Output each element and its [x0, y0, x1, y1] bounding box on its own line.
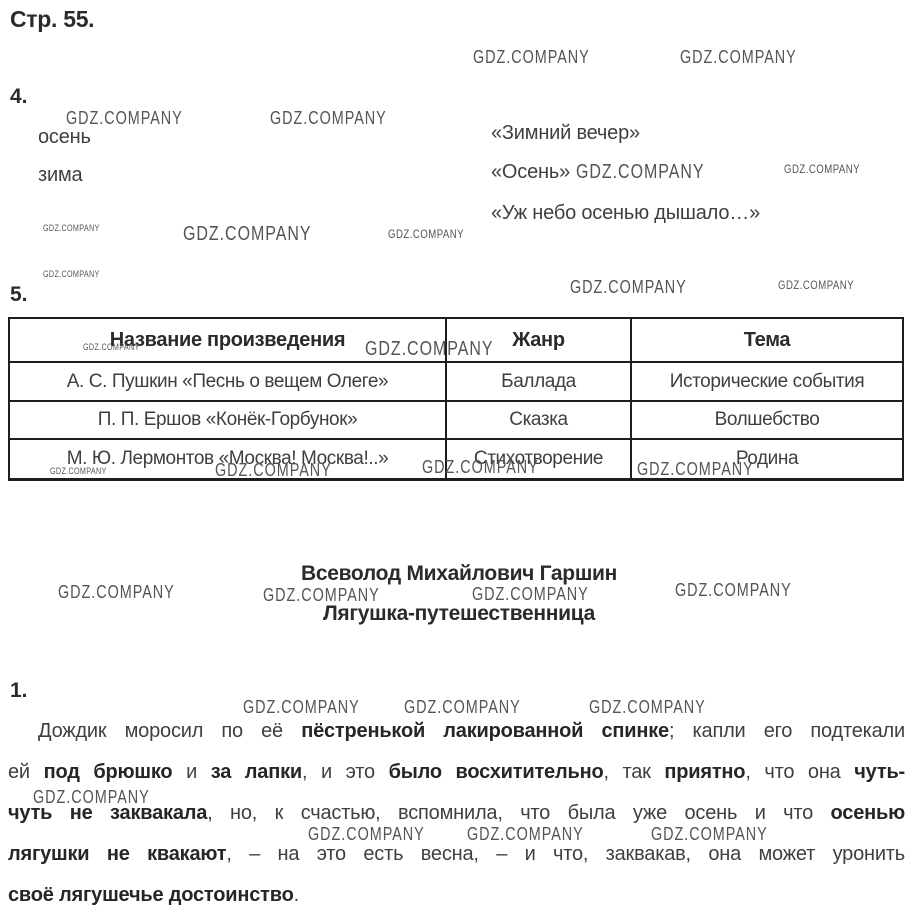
table-cell-theme: Исторические события — [631, 362, 903, 401]
watermark-text: GDZ.COMPANY — [675, 580, 792, 601]
watermark-text: GDZ.COMPANY — [270, 108, 387, 129]
text-segment: пёстренькой лакированной спинке — [301, 720, 669, 742]
section4-label: 4. — [10, 85, 28, 109]
watermark-text: GDZ.COMPANY — [680, 47, 797, 68]
watermark-text: GDZ.COMPANY — [637, 459, 754, 480]
table-cell-genre: Баллада — [446, 362, 631, 401]
text-segment: чуть- — [854, 761, 905, 783]
watermark-text: GDZ.COMPANY — [43, 269, 100, 279]
watermark-text: GDZ.COMPANY — [404, 697, 521, 718]
table-row: П. П. Ершов «Конёк-Горбунок» Сказка Волш… — [9, 401, 903, 439]
watermark-text: GDZ.COMPANY — [473, 47, 590, 68]
match-left-item: зима — [38, 164, 82, 187]
text-segment: своё лягушечье достоинство — [8, 884, 294, 906]
watermark-text: GDZ.COMPANY — [215, 460, 332, 481]
watermark-text: GDZ.COMPANY — [308, 824, 425, 845]
match-right-item: «Зимний вечер» — [491, 122, 640, 145]
text-segment: под брюшко — [44, 761, 173, 783]
story-title: Лягушка-путешественница — [0, 602, 918, 626]
table-cell-theme: Волшебство — [631, 401, 903, 439]
watermark-text: GDZ.COMPANY — [651, 824, 768, 845]
text-segment: , так — [603, 761, 664, 783]
section1-label: 1. — [10, 679, 28, 703]
text-segment: за лапки — [211, 761, 302, 783]
table-cell-title: П. П. Ершов «Конёк-Горбунок» — [9, 401, 446, 439]
text-segment: лягушки не квакают — [8, 843, 226, 865]
text-segment: , и это — [302, 761, 389, 783]
text-segment: Дождик моросил по её — [38, 720, 301, 742]
section5-label: 5. — [10, 283, 28, 307]
text-segment: , – на это есть весна, – и что, заквакав… — [226, 843, 905, 865]
watermark-text: GDZ.COMPANY — [365, 338, 494, 361]
table-header-theme: Тема — [631, 318, 903, 362]
page-title: Стр. 55. — [10, 6, 94, 33]
match-right-item: «Уж небо осенью дышало…» — [491, 202, 760, 225]
watermark-text: GDZ.COMPANY — [183, 223, 312, 246]
watermark-text: GDZ.COMPANY — [58, 582, 175, 603]
answer-paragraph: Дождик моросил по её пёстренькой лакиров… — [8, 711, 905, 916]
watermark-text: GDZ.COMPANY — [472, 584, 589, 605]
table-row: А. С. Пушкин «Песнь о вещем Олеге» Балла… — [9, 362, 903, 401]
text-segment: ей — [8, 761, 44, 783]
watermark-text: GDZ.COMPANY — [570, 277, 687, 298]
paragraph-line: своё лягушечье достоинство. — [8, 875, 905, 916]
watermark-text: GDZ.COMPANY — [50, 466, 107, 476]
text-segment: ; капли его подтекали — [669, 720, 905, 742]
text-segment: , но, к счастью, вспомнила, что была уже… — [207, 802, 830, 824]
watermark-text: GDZ.COMPANY — [467, 824, 584, 845]
text-segment: , что она — [745, 761, 854, 783]
text-segment: . — [294, 884, 299, 906]
table-cell-genre: Сказка — [446, 401, 631, 439]
watermark-text: GDZ.COMPANY — [33, 787, 150, 808]
text-segment: осенью — [831, 802, 905, 824]
text-segment: приятно — [664, 761, 745, 783]
watermark-text: GDZ.COMPANY — [784, 162, 860, 176]
document-page: Стр. 55. 4. осень зима «Зимний вечер» «О… — [0, 0, 918, 918]
match-left-item: осень — [38, 126, 91, 149]
watermark-text: GDZ.COMPANY — [83, 342, 140, 352]
watermark-text: GDZ.COMPANY — [778, 278, 854, 292]
watermark-text: GDZ.COMPANY — [66, 108, 183, 129]
paragraph-line: лягушки не квакают, – на это есть весна,… — [8, 834, 905, 875]
watermark-text: GDZ.COMPANY — [43, 223, 100, 233]
watermark-text: GDZ.COMPANY — [422, 457, 539, 478]
watermark-text: GDZ.COMPANY — [263, 585, 380, 606]
watermark-text: GDZ.COMPANY — [243, 697, 360, 718]
text-segment: и — [172, 761, 210, 783]
watermark-text: GDZ.COMPANY — [589, 697, 706, 718]
watermark-text: GDZ.COMPANY — [388, 227, 464, 241]
match-right-item: «Осень» — [491, 161, 570, 184]
text-segment: было восхитительно — [389, 761, 604, 783]
table-cell-title: А. С. Пушкин «Песнь о вещем Олеге» — [9, 362, 446, 401]
watermark-text: GDZ.COMPANY — [576, 161, 705, 184]
